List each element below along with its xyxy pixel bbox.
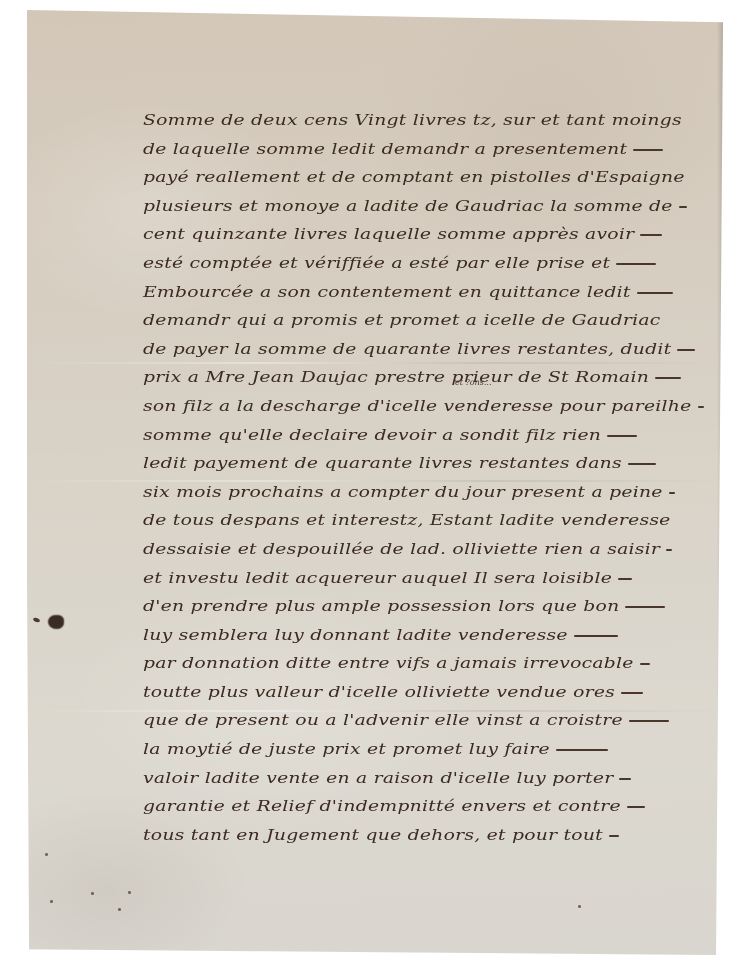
line-filler-stroke [669, 492, 675, 494]
line-filler-stroke [666, 549, 672, 551]
manuscript-line: son filz a la descharge d'icelle vendere… [143, 392, 713, 421]
manuscript-line: toutte plus valleur d'icelle olliviette … [143, 678, 713, 707]
manuscript-line-text: Somme de deux cens Vingt livres tz, sur … [143, 106, 682, 135]
manuscript-line: d'en prendre plus ample possession lors … [143, 592, 713, 621]
manuscript-line-text: et investu ledit acquereur auquel Il ser… [143, 564, 612, 593]
ink-blot [48, 615, 64, 629]
manuscript-line: esté comptée et vériffiée a esté par ell… [143, 249, 713, 278]
manuscript-line: demandr qui a promis et promet a icelle … [143, 306, 713, 335]
line-filler-stroke [627, 806, 645, 808]
manuscript-line: tous tant en Jugement que dehors, et pou… [143, 821, 713, 850]
line-filler-stroke [637, 292, 673, 294]
line-filler-stroke [628, 463, 656, 465]
manuscript-line-text: cent quinzante livres laquelle somme app… [143, 220, 634, 249]
interlinear-note: et ?ons... [455, 378, 491, 387]
handwritten-text-block: Somme de deux cens Vingt livres tz, sur … [143, 106, 713, 849]
line-filler-stroke [625, 606, 665, 608]
manuscript-line-text: d'en prendre plus ample possession lors … [143, 592, 619, 621]
manuscript-line: de tous despans et interestz, Estant lad… [143, 506, 713, 535]
line-filler-stroke [655, 377, 681, 379]
manuscript-line: garantie et Relief d'indempnitté envers … [143, 792, 713, 821]
line-filler-stroke [629, 720, 669, 722]
line-filler-stroke [574, 635, 618, 637]
manuscript-line-text: toutte plus valleur d'icelle olliviette … [143, 678, 615, 707]
manuscript-line: prix a Mre Jean Daujac prestre prieur de… [143, 363, 713, 392]
manuscript-line-text: que de present ou a l'advenir elle vinst… [143, 706, 623, 735]
manuscript-line: de payer la somme de quarante livres res… [143, 335, 713, 364]
manuscript-line-text: de tous despans et interestz, Estant lad… [143, 506, 671, 535]
manuscript-line: la moytié de juste prix et promet luy fa… [143, 735, 713, 764]
manuscript-line-text: la moytié de juste prix et promet luy fa… [143, 735, 550, 764]
manuscript-line-text: demandr qui a promis et promet a icelle … [143, 306, 661, 335]
manuscript-line: par donnation ditte entre vifs a jamais … [143, 649, 713, 678]
manuscript-line: valoir ladite vente en a raison d'icelle… [143, 764, 713, 793]
manuscript-line: cent quinzante livres laquelle somme app… [143, 220, 713, 249]
manuscript-line: six mois prochains a compter du jour pre… [143, 478, 713, 507]
line-filler-stroke [679, 206, 687, 208]
manuscript-line-text: plusieurs et monoye a ladite de Gaudriac… [143, 192, 673, 221]
manuscript-line-text: dessaisie et despouillée de lad. ollivie… [143, 535, 660, 564]
manuscript-line: Somme de deux cens Vingt livres tz, sur … [143, 106, 713, 135]
manuscript-line: payé reallement et de comptant en pistol… [143, 163, 713, 192]
manuscript-line-text: garantie et Relief d'indempnitté envers … [143, 792, 621, 821]
paper-speck [578, 905, 581, 908]
paper-speck [50, 900, 53, 903]
manuscript-line: ledit payement de quarante livres restan… [143, 449, 713, 478]
line-filler-stroke [607, 435, 637, 437]
manuscript-line: plusieurs et monoye a ladite de Gaudriac… [143, 192, 713, 221]
paper-speck [118, 908, 121, 911]
line-filler-stroke [616, 263, 656, 265]
line-filler-stroke [677, 349, 695, 351]
manuscript-line-text: payé reallement et de comptant en pistol… [143, 163, 685, 192]
manuscript-line-text: de laquelle somme ledit demandr a presen… [143, 135, 627, 164]
manuscript-line: dessaisie et despouillée de lad. ollivie… [143, 535, 713, 564]
line-filler-stroke [633, 149, 663, 151]
line-filler-stroke [556, 749, 608, 751]
scanned-manuscript-page: Somme de deux cens Vingt livres tz, sur … [0, 0, 731, 970]
manuscript-line-text: esté comptée et vériffiée a esté par ell… [143, 249, 610, 278]
manuscript-line-text: ledit payement de quarante livres restan… [143, 449, 622, 478]
paper-edge-shadow [717, 10, 723, 955]
manuscript-line: somme qu'elle declaire devoir a sondit f… [143, 421, 713, 450]
manuscript-line-text: luy semblera luy donnant ladite venderes… [143, 621, 568, 650]
line-filler-stroke [609, 835, 619, 837]
manuscript-line-text: tous tant en Jugement que dehors, et pou… [143, 821, 603, 850]
manuscript-line-text: de payer la somme de quarante livres res… [143, 335, 671, 364]
paper-speck [45, 853, 48, 856]
manuscript-line-text: Embourcée a son contentement en quittanc… [143, 278, 631, 307]
manuscript-line-text: par donnation ditte entre vifs a jamais … [143, 649, 634, 678]
manuscript-line-text: valoir ladite vente en a raison d'icelle… [143, 764, 613, 793]
manuscript-line-text: son filz a la descharge d'icelle vendere… [143, 392, 691, 421]
manuscript-line-text: somme qu'elle declaire devoir a sondit f… [143, 421, 601, 450]
line-filler-stroke [640, 234, 662, 236]
line-filler-stroke [618, 578, 632, 580]
line-filler-stroke [698, 406, 704, 408]
manuscript-line: luy semblera luy donnant ladite venderes… [143, 621, 713, 650]
paper-speck [91, 892, 94, 895]
line-filler-stroke [640, 663, 650, 665]
manuscript-line: de laquelle somme ledit demandr a presen… [143, 135, 713, 164]
manuscript-line: et investu ledit acquereur auquel Il ser… [143, 564, 713, 593]
line-filler-stroke [619, 778, 631, 780]
manuscript-line-text: six mois prochains a compter du jour pre… [143, 478, 663, 507]
manuscript-line: que de present ou a l'advenir elle vinst… [143, 706, 713, 735]
manuscript-line: Embourcée a son contentement en quittanc… [143, 278, 713, 307]
manuscript-line-text: prix a Mre Jean Daujac prestre prieur de… [143, 363, 649, 392]
paper-speck [128, 891, 131, 894]
line-filler-stroke [621, 692, 643, 694]
